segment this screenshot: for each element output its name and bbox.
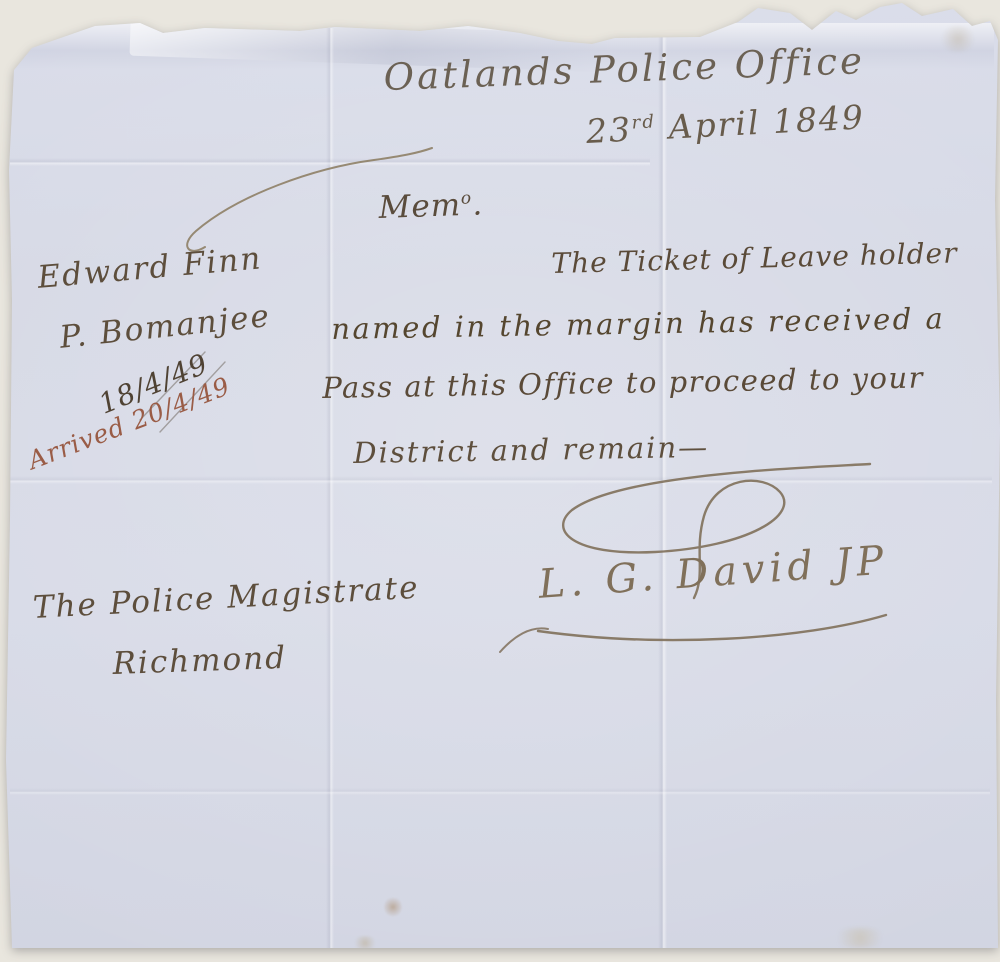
scanned-document: Oatlands Police Office 23rd April 1849 M… [0,0,1000,962]
vertical-fold-crease-left [326,28,334,950]
header-date-line: 23rd April 1849 [585,97,866,151]
foxing-stain [830,928,890,948]
foxing-stain [384,896,402,918]
body-line-1: The Ticket of Leave holder [551,236,958,280]
vertical-fold-crease-right [658,30,667,950]
margin-ship-name: P. Bomanjee [58,298,272,356]
horizontal-fold-crease-middle [8,476,992,484]
addressee-line-1: The Police Magistrate [32,570,420,626]
addressee-line-2: Richmond [112,640,288,682]
pen-flourishes [0,0,1000,962]
paper-shadow: Oatlands Police Office 23rd April 1849 M… [0,0,1000,962]
body-line-4: District and remain— [353,430,709,470]
date-month-year: April 1849 [655,97,866,147]
body-line-3: Pass at this Office to proceed to your [322,360,924,404]
horizontal-fold-crease-bottom [10,788,990,795]
date-ordinal: rd [631,111,656,133]
margin-holder-name: Edward Finn [36,240,264,296]
memo-salutation: Memo. [378,186,484,226]
foxing-stain [352,936,378,950]
letter-paper: Oatlands Police Office 23rd April 1849 M… [0,0,1000,962]
body-line-2: named in the margin has received a [331,301,946,346]
foxing-stain [938,26,978,52]
header-office-line: Oatlands Police Office [383,39,866,99]
signature: L. G. David JP [537,538,890,608]
horizontal-fold-crease-top [10,158,650,166]
date-day: 23 [585,110,633,151]
